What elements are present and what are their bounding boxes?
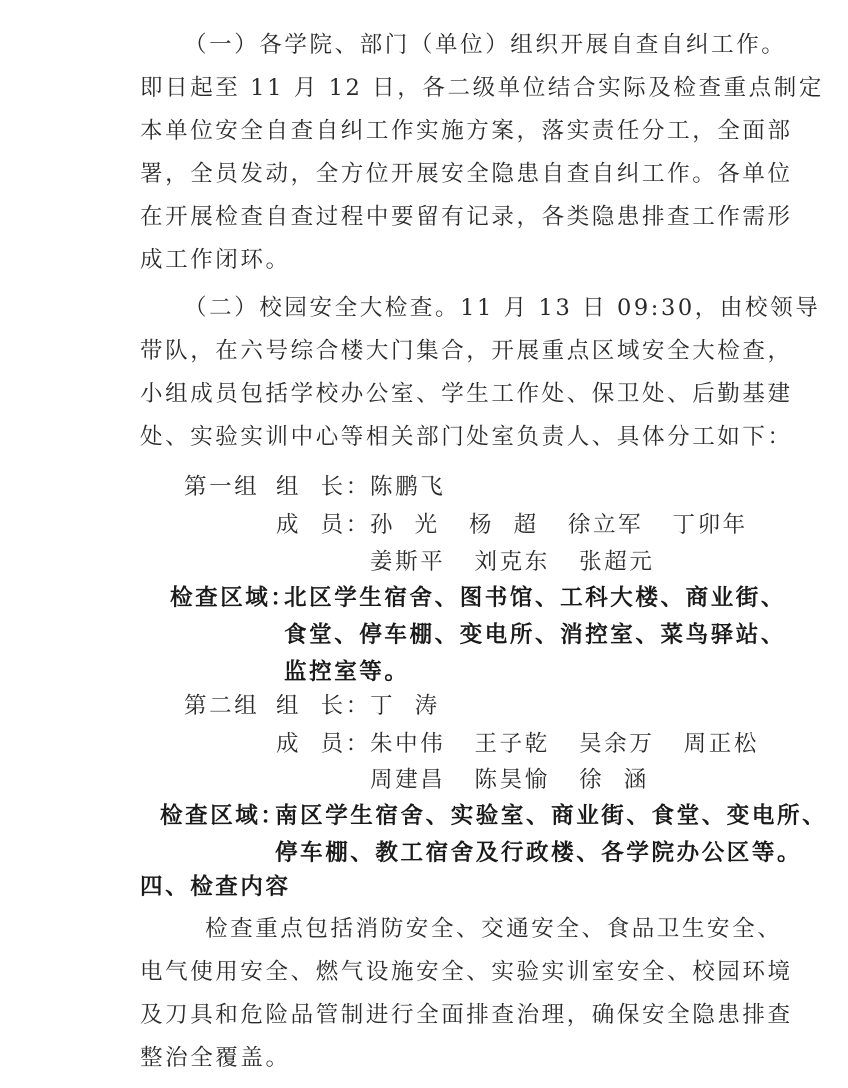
group-1-members-label: 成 员： [276, 510, 371, 540]
paragraph-line: 在开展检查自查过程中要留有记录，各类隐患排查工作需形 [140, 202, 793, 232]
section-heading: 四、检查内容 [140, 872, 291, 902]
group-2-members-label: 成 员： [276, 729, 371, 759]
group-1-area: 食堂、停车棚、变电所、消控室、菜鸟驿站、 [284, 620, 786, 650]
paragraph-line: 处、实验实训中心等相关部门处室负责人、具体分工如下： [140, 422, 793, 452]
group-2-area-label: 检查区域： [160, 801, 286, 831]
paragraph-line: （一）各学院、部门（单位）组织开展自查自纠工作。 [184, 30, 786, 60]
paragraph-line: 检查重点包括消防安全、交通安全、食品卫生安全、 [205, 914, 782, 944]
group-2-area: 南区学生宿舍、实验室、商业街、食堂、变电所、 [275, 801, 827, 831]
group-2-members: 周建昌 陈昊愉 徐 涵 [370, 765, 649, 795]
group-1-name: 第一组 [184, 472, 259, 502]
paragraph-line: 及刀具和危险品管制进行全面排查治理，确保安全隐患排查 [140, 1000, 793, 1030]
group-1-members: 孙 光 杨 超 徐立军 丁卯年 [370, 510, 748, 540]
group-2-area: 停车棚、教工宿舍及行政楼、各学院办公区等。 [275, 838, 802, 868]
paragraph-line: 署，全员发动，全方位开展安全隐患自查自纠工作。各单位 [140, 159, 793, 189]
paragraph-line: 本单位安全自查自纠工作实施方案，落实责任分工，全面部 [140, 116, 793, 146]
group-2-members: 朱中伟 王子乾 吴余万 周正松 [370, 729, 759, 759]
paragraph-line: 带队，在六号综合楼大门集合，开展重点区域安全大检查， [140, 336, 793, 366]
group-1-area: 北区学生宿舍、图书馆、工科大楼、商业街、 [284, 583, 786, 613]
paragraph-line: 电气使用安全、燃气设施安全、实验实训室安全、校园环境 [140, 957, 793, 987]
group-1-leader-label: 组 长： [276, 472, 371, 502]
group-1-leader: 陈鹏飞 [370, 472, 445, 502]
group-1-area: 监控室等。 [284, 657, 410, 687]
paragraph-line: 即日起至 11 月 12 日，各二级单位结合实际及检查重点制定 [140, 73, 824, 103]
group-1-area-label: 检查区域： [170, 583, 296, 613]
group-1-members: 姜斯平 刘克东 张超元 [370, 547, 654, 577]
paragraph-line: 小组成员包括学校办公室、学生工作处、保卫处、后勤基建 [140, 379, 793, 409]
paragraph-line: 整治全覆盖。 [140, 1043, 291, 1073]
paragraph-line: （二）校园安全大检查。11 月 13 日 09:30，由校领导 [184, 293, 820, 323]
group-2-leader: 丁 涛 [370, 691, 440, 721]
paragraph-line: 成工作闭环。 [140, 245, 291, 275]
group-2-name: 第二组 [184, 691, 259, 721]
group-2-leader-label: 组 长： [276, 691, 371, 721]
